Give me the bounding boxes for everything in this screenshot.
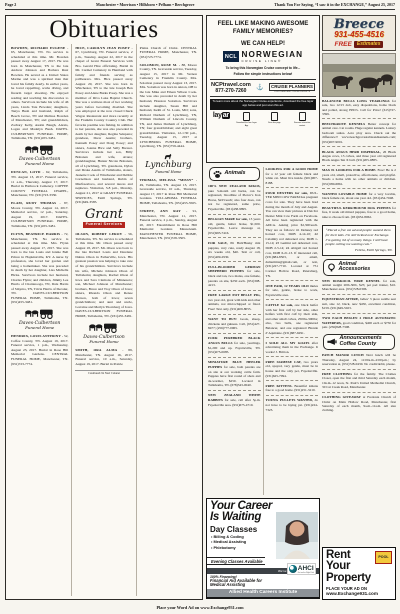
masthead-cities: Manchester • Morrison • Hillsboro • Pelh…: [16, 2, 274, 7]
classified-ad: PATCH MANOR LUNCH Next lunch will be Thu…: [322, 353, 396, 369]
megaphone-icon: [327, 338, 337, 346]
horse-icon: [164, 153, 172, 160]
continued-note: Continued On Next Column: [75, 370, 132, 376]
section-title: Animals: [225, 171, 246, 177]
obituary-column-2: HICE, CAROLYN JEAN POSEY - 67, Lynchburg…: [71, 44, 135, 596]
obituary-duncan: DUNCAN, LOYD - 62, Tullahoma, TN. August…: [11, 170, 68, 197]
estimates-label: Estimates: [354, 41, 384, 48]
ad-subhead: WE CAN HELP!: [210, 41, 316, 47]
ncl-logo-box: NCL: [223, 51, 239, 62]
ahci-swoosh-icon: [289, 565, 297, 573]
career-school-ad: Your CareerIs Waiting Day Classes Billin…: [206, 498, 320, 599]
cruise-planners-slogan: YOUR LAND AND CRUISE EXPERTS: [269, 91, 315, 93]
classified-ad: TWO EACH BESLEN 2 HOLE AUTOMATIC WATERER…: [322, 316, 396, 331]
obituary-street: STREET, ANN RAY - 91, Manchester, TN. Au…: [140, 209, 197, 241]
classified-ad: MAX IS LOOKING FOR A HOME. Free! He is 2…: [322, 168, 396, 189]
animals-section-header: Animals: [209, 167, 260, 181]
classified-ad: BLACK ANGUS HERD DISPERSAL, 26 Black Ang…: [322, 150, 396, 166]
classified-ad: WANT TO BUY: Goats, sheep, chickens and …: [208, 317, 261, 334]
grant-funeral-services-logo: Grant Funeral Services: [75, 208, 132, 228]
phone-number: Call Now! 615-396-8733: [207, 598, 319, 599]
ahci-logo: AHCIGet on the Right Path: [287, 563, 316, 575]
obituary-hice: HICE, CAROLYN JEAN POSEY - 67, Lynchburg…: [75, 46, 132, 205]
right-ads-top: BALANCER BULLS LONG YEARLINGS for sale, …: [322, 99, 396, 224]
breece-ad: Breece 931-455-4516 FREE Estimates: [322, 15, 396, 51]
norwegian-logo: NCL NORWEGIAN CRUISE LINE®: [210, 51, 316, 63]
contact-row: NCPtravel.com 877-270-7260 ⚓ CRUISE PLAN…: [210, 79, 316, 97]
accessories-ads: NEW DOSKOCIL WIRE KENNEL for sale, anima…: [322, 279, 396, 334]
classified-ad: ONE PAIR, 12 YEARS OLD mules for sale, g…: [266, 284, 319, 301]
classified-ad: I SOLD ALL MY GOATS after advertising th…: [266, 341, 319, 358]
rent-website: www.Exchange931.com: [326, 591, 392, 596]
classified-ad: MINIATURE BLUE HEELER PUPPIES for sale, …: [208, 360, 261, 391]
rent-property-ad: POOL Rent Your Property PLACE YOUR AD ON…: [322, 547, 396, 601]
ad-tagline-1: To bring this Norwegian Cruise concept t…: [210, 66, 316, 70]
layar-step: Download the free Layar App: [236, 112, 258, 127]
obituary-smith: SMITH, ORA ALMA - 89, Manchester, TN. Au…: [75, 348, 132, 366]
classified-list: LOOKING FOR A GOOD HOME for a 12 year ol…: [266, 167, 319, 414]
classified-ad: FREE KITTENS. Beautiful kittens free to …: [266, 384, 319, 396]
announcements-header: AnnouncementsCoffee County: [323, 334, 395, 350]
classified-ad: FREE CLOTHING for the family. The Clothe…: [322, 372, 396, 393]
institute-name-bar: Allied Health Careers Institute: [207, 589, 319, 596]
layar-step: Scan this page: [263, 112, 285, 124]
obituary-smith-continued: Plains Church of Christ. CENTRAL FUNERAL…: [140, 46, 197, 60]
classified-ad: BEECHGROVE KENNELS Better concept for an…: [322, 122, 396, 147]
animals-column-right: LOOKING FOR A GOOD HOME for a 12 year ol…: [263, 167, 321, 495]
classified-ad: BALANCER BULLS LONG YEARLINGS for sale, …: [322, 99, 396, 120]
obituaries-title: Obituaries: [8, 17, 200, 44]
animal-accessories-header: AnimalAccessories: [323, 259, 395, 275]
obituary-column-3: Plains Church of Christ. CENTRAL FUNERAL…: [136, 44, 200, 596]
anchor-icon: ⚓: [256, 84, 263, 91]
class-item: Phlebotomy: [211, 545, 271, 550]
free-label: FREE: [335, 41, 352, 48]
evening-classes-note: Evening Classes Available: [207, 557, 265, 565]
classified-ad: FULL-BLOODED GERMAN SHEPHERD PUPPIES for…: [208, 265, 261, 291]
carriage-icon: [23, 308, 57, 319]
animals-column-left: Animals 100% NEW ZEALAND KIKOS, pure 3-m…: [206, 167, 263, 495]
classified-ad: FOR SALE, Pit Bull/Husky mix puppies, ve…: [208, 241, 261, 262]
paw-icon: [213, 170, 222, 179]
testimonial-text: “Placed a free cat ad and people wanted …: [326, 228, 393, 247]
classified-ad: LOOKING FOR A GOOD HOME for a 12 year ol…: [266, 167, 319, 188]
brand-subtitle: CRUISE LINE®: [242, 59, 304, 63]
collar-icon: [327, 263, 336, 272]
travel-phone: 877-270-7260: [211, 88, 251, 94]
layar-instructions: To learn more about the Norwegian Cruise…: [210, 99, 316, 110]
carriage-icon: [87, 322, 121, 333]
masthead: Page 2 Manchester • Morrison • Hillsboro…: [5, 2, 395, 10]
classified-ad: FOUR PUREBRED BLACK ANGUS BULLS for sale…: [208, 336, 261, 357]
student-photo: [276, 512, 318, 559]
page-footer: Place your Word Ad on www.Exchange931.co…: [0, 605, 400, 610]
testimonial-attribution: Felicia, Estill Springs, TN.: [326, 248, 393, 253]
call-now-bar: Call Now! 615-396-8733 1205 Commerce Par…: [207, 597, 319, 599]
lynchburg-funeral-home-logo: Lynchburg Funeral Home: [140, 153, 197, 175]
layar-logo: layar: [213, 112, 230, 119]
classified-ad: FREE SIAMESE CAT, two years old, spayed,…: [266, 360, 319, 381]
layar-steps-row: layar Download the free Layar App Scan t…: [210, 112, 316, 127]
masthead-slogan: Thank You For Saying, “I saw it in the E…: [274, 2, 395, 7]
page-number: Page 2: [5, 2, 16, 7]
carriage-icon: [23, 144, 57, 155]
obituaries-section: Obituaries BOWDEN, RICHARD EUGENE - 65, …: [5, 15, 203, 600]
daves-culbertson-logo: Daves-Culbertson Funeral Home: [11, 308, 68, 330]
obituaries-columns: BOWDEN, RICHARD EUGENE - 65, Manchester,…: [8, 44, 200, 596]
financial-aid-note: Financial Aid Available for Medical Assi…: [207, 579, 273, 590]
classified-ad: CLOTHING GIVEAWAY at Fredonia Church of …: [322, 395, 396, 415]
obituary-flynn: FLYNN, BEATRICE HARRIS - 72, Manchester,…: [11, 232, 68, 305]
daves-culbertson-logo: Daves-Culbertson Funeral Home: [75, 322, 132, 344]
obituary-hendrix: HENDRIX, LOUIS ANTHONY - 52, Coffee Coun…: [11, 334, 68, 366]
obituary-thomas: THOMAS, MELISSA “MISSY” - 49, Tullahoma,…: [140, 178, 197, 205]
right-classifieds-column: Breece 931-455-4516 FREE Estimates BALAN…: [322, 15, 396, 600]
obituary-elam: ELAM, RUDY THOMAS - 87, Moore County, TN…: [11, 201, 68, 228]
breece-phone: 931-455-4516: [324, 31, 394, 40]
classified-ad: 100% NEW ZEALAND KIKOS, pure 3-month old…: [208, 184, 261, 215]
cattle-photo: [322, 53, 396, 97]
cruise-planners-logo: CRUISE PLANNERS: [269, 83, 315, 91]
scan-page-icon: [271, 112, 278, 121]
classified-list: 100% NEW ZEALAND KIKOS, pure 3-month old…: [208, 184, 261, 409]
obituary-olson: OLSON, ROBERT LEROY - 56, Tullahoma, TN.…: [75, 232, 132, 318]
classified-ad: BEAUTIFUL KERR/HOUND DOG PUPPIES for fre…: [322, 206, 396, 221]
obituary-solomon: SOLOMON, ROSE M. - 88, Moore County, TN.…: [140, 63, 197, 149]
newspaper-page: Page 2 Manchester • Morrison • Hillsboro…: [0, 0, 400, 614]
classified-ad: WANTED LOVABLE HOME for a very lovable, …: [322, 192, 396, 204]
classified-ad: FOUR DEXTERS for sale, DUL-TER MINI COW …: [266, 191, 319, 281]
classified-ad: CATTLE for sale, one black heifer with h…: [266, 303, 319, 338]
classified-ad: BELGIAN MARE for sale, 13 years old, gen…: [208, 217, 261, 238]
classified-ad: FREE LARGE POT BELLY PIG, two year old, …: [208, 293, 261, 314]
ad-tagline-2: Follow the simple instructions below!: [210, 72, 316, 76]
announcements-ads: PATCH MANOR LUNCH Next lunch will be Thu…: [322, 353, 396, 417]
testimonial-box: “Placed a free cat ad and people wanted …: [322, 225, 396, 257]
pool-sign-icon: POOL: [375, 551, 392, 564]
ad-headline: FEEL LIKE MAKING AWESOME FAMILY MEMORIES…: [210, 20, 316, 36]
norwegian-cruise-ad: FEEL LIKE MAKING AWESOME FAMILY MEMORIES…: [206, 15, 320, 163]
classified-ad: NEW ZEALAND WHITE RABBITS for sale, call…: [208, 393, 261, 409]
animals-classifieds: Animals 100% NEW ZEALAND KIKOS, pure 3-m…: [206, 167, 320, 495]
classified-ad: YOUNG PULLETS WANTED, do not have to be …: [266, 398, 319, 414]
obituary-bowden: BOWDEN, RICHARD EUGENE - 65, Manchester,…: [11, 46, 68, 141]
brand-name: NORWEGIAN: [242, 51, 304, 59]
interactive-content-icon: [299, 112, 306, 121]
daves-culbertson-logo: Daves-Culbertson Funeral Home: [11, 144, 68, 166]
classified-ad: NEW DOSKOCIL WIRE KENNEL for sale, anima…: [322, 279, 396, 295]
class-list: Billing & CodingMedical AssistingPhlebot…: [207, 534, 271, 549]
obituary-column-1: BOWDEN, RICHARD EUGENE - 65, Manchester,…: [8, 44, 71, 596]
phone-icon: [243, 112, 250, 121]
classified-ad: EQUESTRIAN ATTIRE, ladies’ 3 piece saddl…: [322, 297, 396, 313]
layar-step: Discover interactive content: [291, 112, 313, 127]
